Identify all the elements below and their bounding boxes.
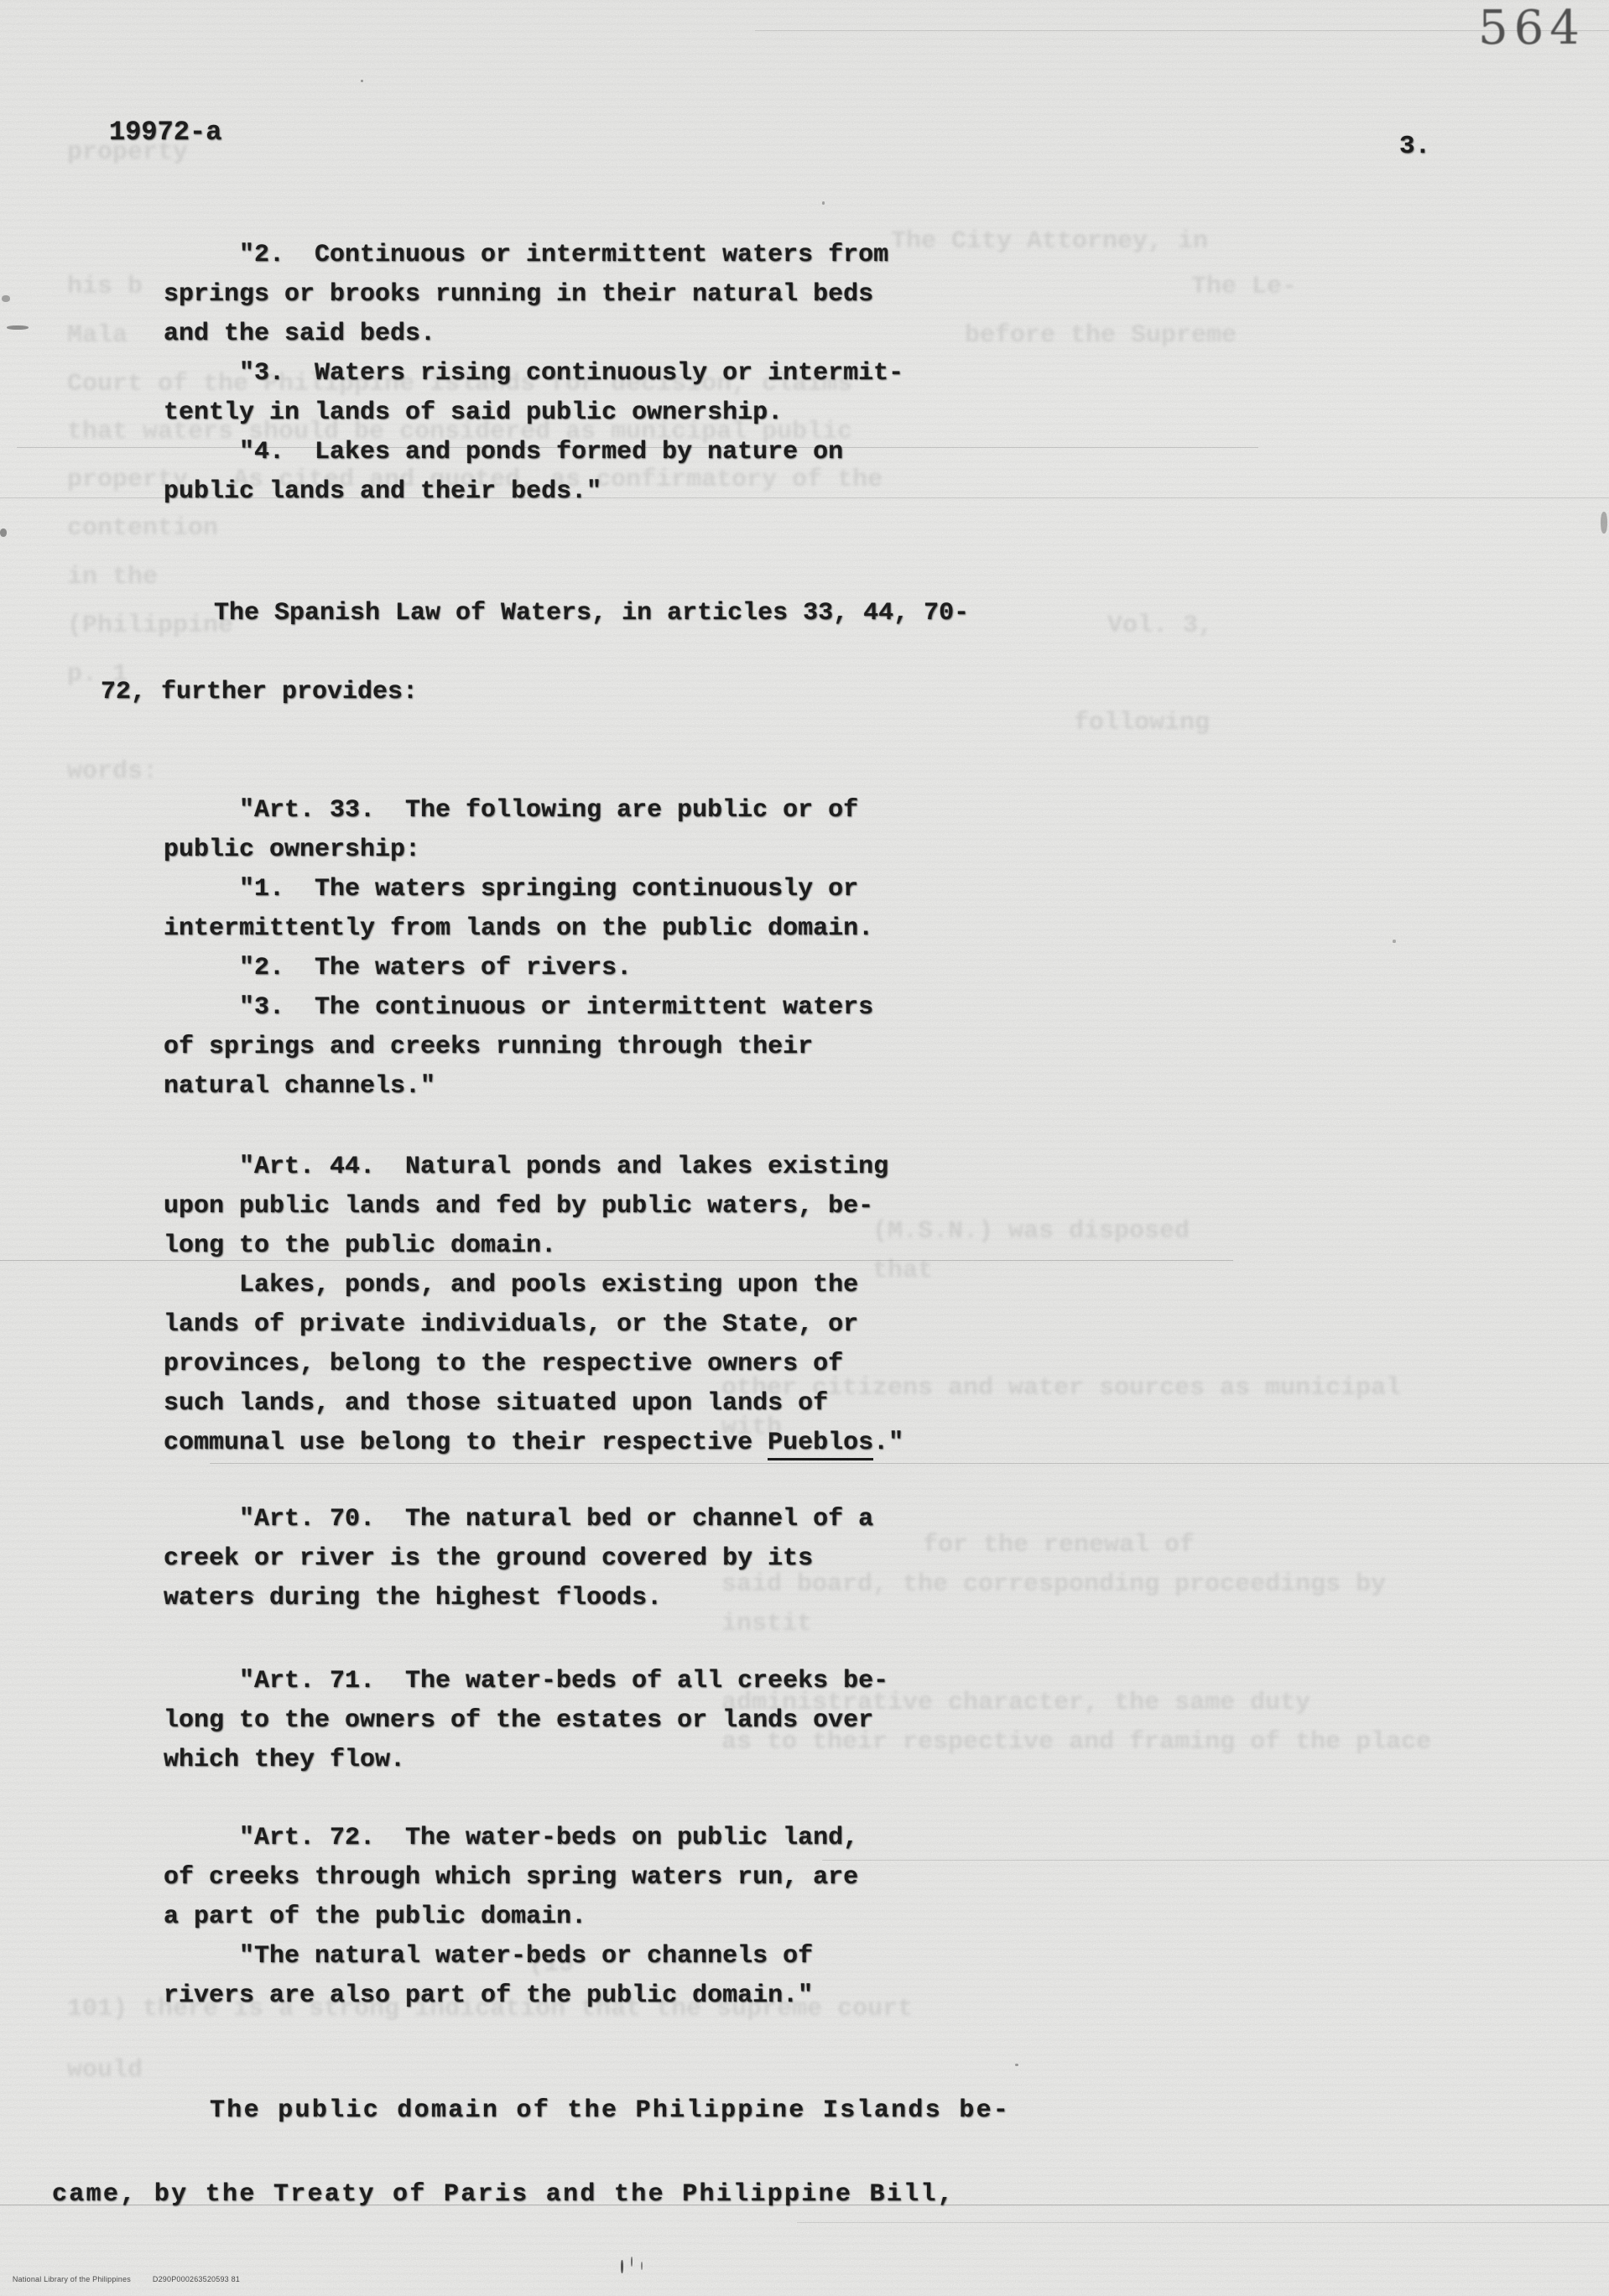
- text-line: "Art. 33. The following are public or of: [164, 791, 873, 830]
- dust-speck: [2, 295, 10, 302]
- scan-credit-footer: National Library of the PhilippinesD290P…: [3, 2266, 240, 2293]
- text-line: The Spanish Law of Waters, in articles 3…: [101, 574, 969, 653]
- text-line: "2. The waters of rivers.: [164, 949, 873, 988]
- page-number: 3.: [1399, 131, 1430, 163]
- text-line: such lands, and those situated upon land…: [164, 1384, 888, 1424]
- dust-speck: [1393, 940, 1396, 943]
- scan-credit: National Library of the Philippines: [13, 2275, 131, 2283]
- text-segment: communal use belong to their respective: [164, 1429, 768, 1457]
- text-line: long to the owners of the estates or lan…: [164, 1701, 888, 1741]
- text-line: a part of the public domain.: [164, 1898, 858, 1937]
- article-71-quote: "Art. 71. The water-beds of all creeks b…: [164, 1662, 888, 1780]
- bleed-through-text: The City Attorney, in: [891, 225, 1208, 258]
- article-33-quote: "Art. 33. The following are public or of…: [164, 791, 873, 1106]
- text-line: provinces, belong to the respective owne…: [164, 1345, 888, 1384]
- scan-code: D290P000263520593 81: [153, 2275, 240, 2283]
- text-line: "Art. 72. The water-beds on public land,: [164, 1819, 858, 1858]
- scan-crease-line: [210, 1463, 1609, 1464]
- bleed-through-text: Vol. 3,: [1107, 609, 1213, 643]
- bleed-through-text: his b: [67, 270, 143, 304]
- text-line: creek or river is the ground covered by …: [164, 1539, 873, 1579]
- text-line: upon public lands and fed by public wate…: [164, 1187, 888, 1226]
- text-line: "3. Waters rising continuously or interm…: [164, 354, 903, 393]
- article-44-last-line: communal use belong to their respective …: [164, 1424, 903, 1463]
- scan-crease-line: [822, 1860, 1609, 1861]
- quoted-provision-waters: "2. Continuous or intermittent waters fr…: [164, 236, 903, 512]
- bleed-through-text: before the Supreme: [965, 319, 1237, 352]
- bleed-through-text: contention: [67, 512, 218, 545]
- text-line: "Art. 71. The water-beds of all creeks b…: [164, 1662, 888, 1701]
- text-line: "Art. 44. Natural ponds and lakes existi…: [164, 1148, 888, 1187]
- scanned-document-page: propertyThe City Attorney, inhis bThe Le…: [0, 0, 1609, 2296]
- text-line: and the said beds.: [164, 315, 903, 354]
- article-70-quote: "Art. 70. The natural bed or channel of …: [164, 1500, 873, 1618]
- bleed-through-text: Mala: [67, 319, 128, 352]
- dust-speck: [621, 2260, 623, 2273]
- text-line: waters during the highest floods.: [164, 1579, 873, 1618]
- intro-paragraph: The Spanish Law of Waters, in articles 3…: [101, 574, 969, 731]
- dust-speck: [1601, 512, 1607, 534]
- text-line: rivers are also part of the public domai…: [164, 1976, 858, 2016]
- bleed-through-text: (M.S.N.) was disposed: [872, 1215, 1190, 1248]
- text-line: 72, further provides:: [101, 653, 969, 731]
- bleed-through-text: for the renewal of: [923, 1528, 1195, 1562]
- closing-paragraph: The public domain of the Philippine Isla…: [52, 2069, 1010, 2236]
- text-line: "2. Continuous or intermittent waters fr…: [164, 236, 903, 275]
- text-line: "Art. 70. The natural bed or channel of …: [164, 1500, 873, 1539]
- text-line: long to the public domain.: [164, 1226, 888, 1266]
- article-44-quote: "Art. 44. Natural ponds and lakes existi…: [164, 1148, 888, 1424]
- bleed-through-text: following: [1074, 706, 1210, 740]
- dust-speck: [822, 201, 825, 205]
- dust-speck: [1015, 2064, 1018, 2066]
- text-line: The public domain of the Philippine Isla…: [52, 2069, 1010, 2153]
- text-line: Lakes, ponds, and pools existing upon th…: [164, 1266, 888, 1305]
- dust-speck: [7, 325, 29, 330]
- text-line: came, by the Treaty of Paris and the Phi…: [52, 2153, 1010, 2236]
- text-line: communal use belong to their respective …: [164, 1424, 903, 1463]
- text-line: "The natural water-beds or channels of: [164, 1937, 858, 1976]
- document-number: 19972-a: [109, 116, 221, 149]
- archive-page-stamp: 564: [1478, 5, 1586, 52]
- dust-speck: [361, 80, 363, 82]
- text-line: "1. The waters springing continuously or: [164, 870, 873, 909]
- text-line: tently in lands of said public ownership…: [164, 393, 903, 433]
- dust-speck: [0, 528, 7, 537]
- text-line: of creeks through which spring waters ru…: [164, 1858, 858, 1898]
- text-line: public lands and their beds.": [164, 472, 903, 512]
- text-line: intermittently from lands on the public …: [164, 909, 873, 949]
- bleed-through-text: The Le-: [1191, 270, 1297, 304]
- dust-speck: [641, 2262, 643, 2270]
- text-segment: .": [873, 1429, 903, 1457]
- article-72-quote: "Art. 72. The water-beds on public land,…: [164, 1819, 858, 2016]
- dust-speck: [631, 2257, 633, 2267]
- bleed-through-text: words:: [67, 755, 158, 789]
- text-line: natural channels.": [164, 1067, 873, 1106]
- underlined-word: Pueblos: [768, 1429, 873, 1460]
- text-line: "4. Lakes and ponds formed by nature on: [164, 433, 903, 472]
- text-line: public ownership:: [164, 830, 873, 870]
- text-line: "3. The continuous or intermittent water…: [164, 988, 873, 1028]
- text-line: of springs and creeks running through th…: [164, 1028, 873, 1067]
- text-line: springs or brooks running in their natur…: [164, 275, 903, 315]
- text-line: lands of private individuals, or the Sta…: [164, 1305, 888, 1345]
- text-line: which they flow.: [164, 1741, 888, 1780]
